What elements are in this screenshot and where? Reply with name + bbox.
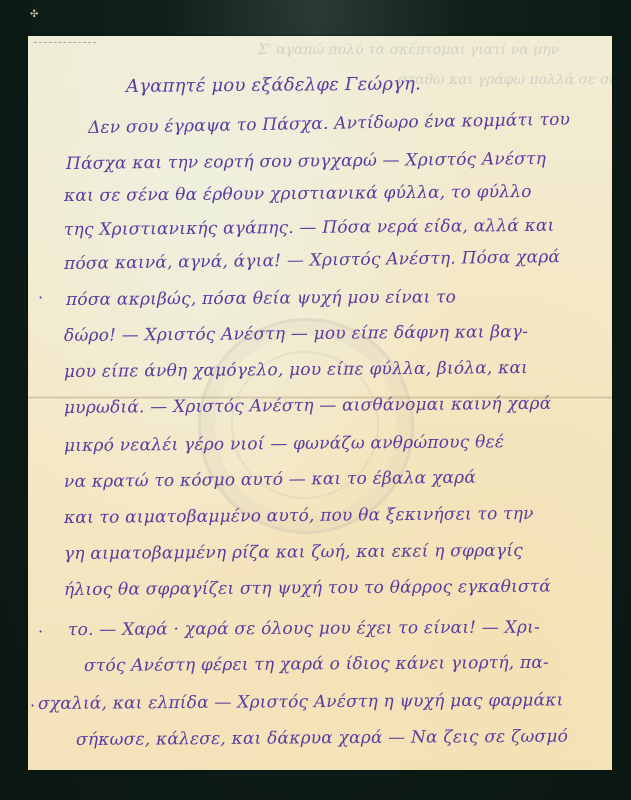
letter-line-12: και το αιματοβαμμένο αυτό, που θα ξεκινή… [64,504,534,528]
salutation: Αγαπητέ μου εξάδελφε Γεώργη. [126,73,421,97]
letter-line-8: μου είπε άνθη χαμόγελο, μου είπε φύλλα, … [64,358,528,382]
margin-mark: · [30,696,35,715]
bleed-through-text: σταθώ και γράφω πολλά σε σένα [398,72,612,88]
letter-line-17: σχαλιά, και ελπίδα — Χριστός Ανέστη η ψυ… [38,690,564,714]
letter-line-15: το. — Χαρά · χαρά σε όλους μου έχει το ε… [68,618,540,640]
letter-line-3: και σε σένα θα έρθουν χριστιανικά φύλλα,… [64,182,532,206]
letter-line-11: να κρατώ το κόσμο αυτό — και το έβαλα χα… [64,468,476,492]
letter-line-18: σήκωσε, κάλεσε, και δάκρυα χαρά — Να ζει… [76,727,568,750]
letter-line-4: της Χριστιανικής αγάπης. — Πόσα νερά είδ… [64,216,555,240]
letter-line-14: ήλιος θα σφραγίζει στη ψυχή του το θάρρο… [64,577,551,600]
letter-line-6: πόσα ακριβώς, πόσα θεία ψυχή μου είναι τ… [66,287,456,310]
bleed-through-text: Σ' αγαπώ πολύ τα σκέπτομαι γιατί να μην [258,42,559,58]
letter-line-7: δώρο! — Χριστός Ανέστη — μου είπε δάφνη … [64,322,528,346]
corner-mark: ✣ [30,10,42,20]
letter-line-2: Πάσχα και την εορτή σου συγχαρώ — Χριστό… [66,149,546,174]
letter-line-16: στός Ανέστη φέρει τη χαρά ο ίδιος κάνει … [84,653,549,676]
letter-line-13: γη αιματοβαμμένη ρίζα και ζωή, και εκεί … [64,541,523,564]
top-rule-mark [34,42,96,44]
letter-line-9: μυρωδιά. — Χριστός Ανέστη — αισθάνομαι κ… [64,394,552,418]
letter-page: Σ' αγαπώ πολύ τα σκέπτομαι γιατί να μην … [28,36,612,770]
letter-line-5: πόσα καινά, αγνά, άγια! — Χριστός Ανέστη… [64,247,560,274]
letter-line-10: μικρό νεαλέι γέρο νιοί — φωνάζω ανθρώπου… [64,432,504,456]
margin-mark: · [38,622,43,641]
letter-line-1: Δεν σου έγραψα το Πάσχα. Αντίδωρο ένα κο… [88,110,570,138]
faint-circular-stamp [198,318,414,534]
margin-mark: · [38,288,43,307]
